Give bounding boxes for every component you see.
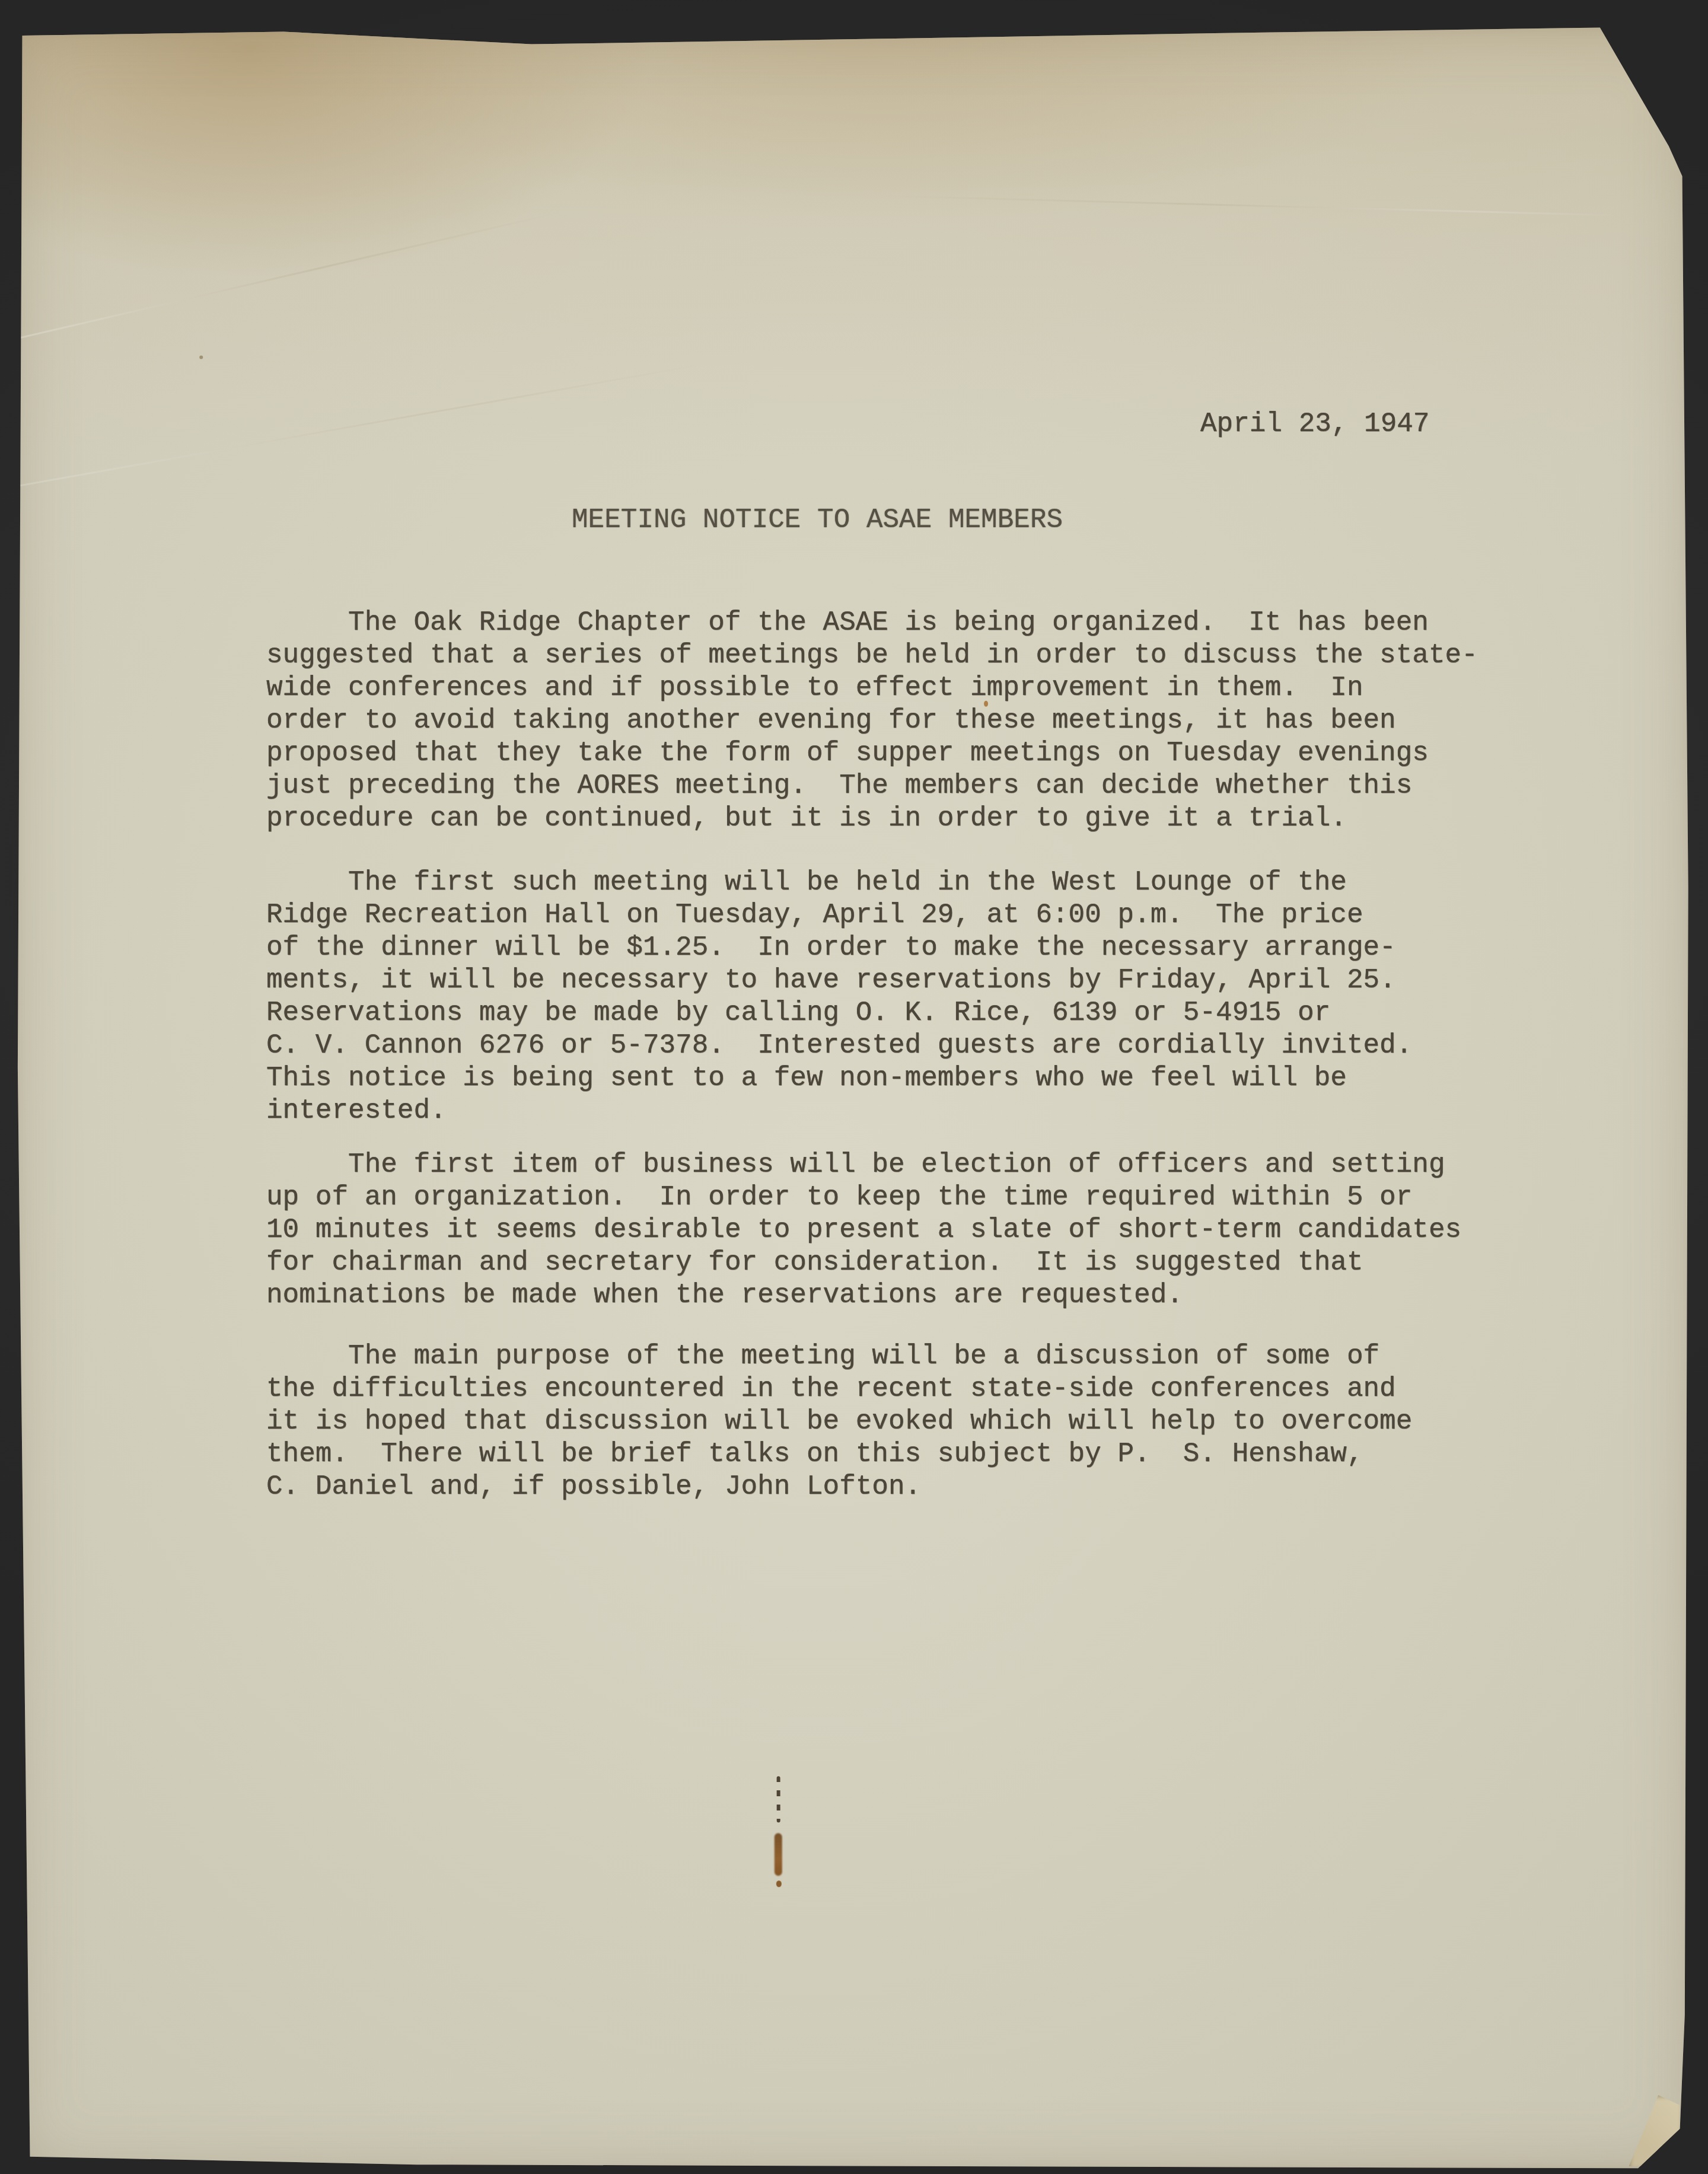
paper-speck [984, 701, 988, 707]
scan-background: April 23, 1947 MEETING NOTICE TO ASAE ME… [0, 0, 1708, 2174]
rust-stain-dot [776, 1880, 782, 1887]
paper-crease [18, 362, 707, 486]
folded-corner [1629, 2095, 1680, 2166]
paper-crease [874, 195, 1621, 216]
rust-stain-dashes [777, 1776, 780, 1822]
rust-stain-blob [775, 1833, 782, 1876]
document-page [14, 26, 1691, 2172]
paper-edge-vignette [14, 26, 1691, 2172]
rust-stain-mark [774, 1776, 783, 1889]
paper-speck [199, 356, 203, 359]
paper-crease [20, 211, 563, 339]
